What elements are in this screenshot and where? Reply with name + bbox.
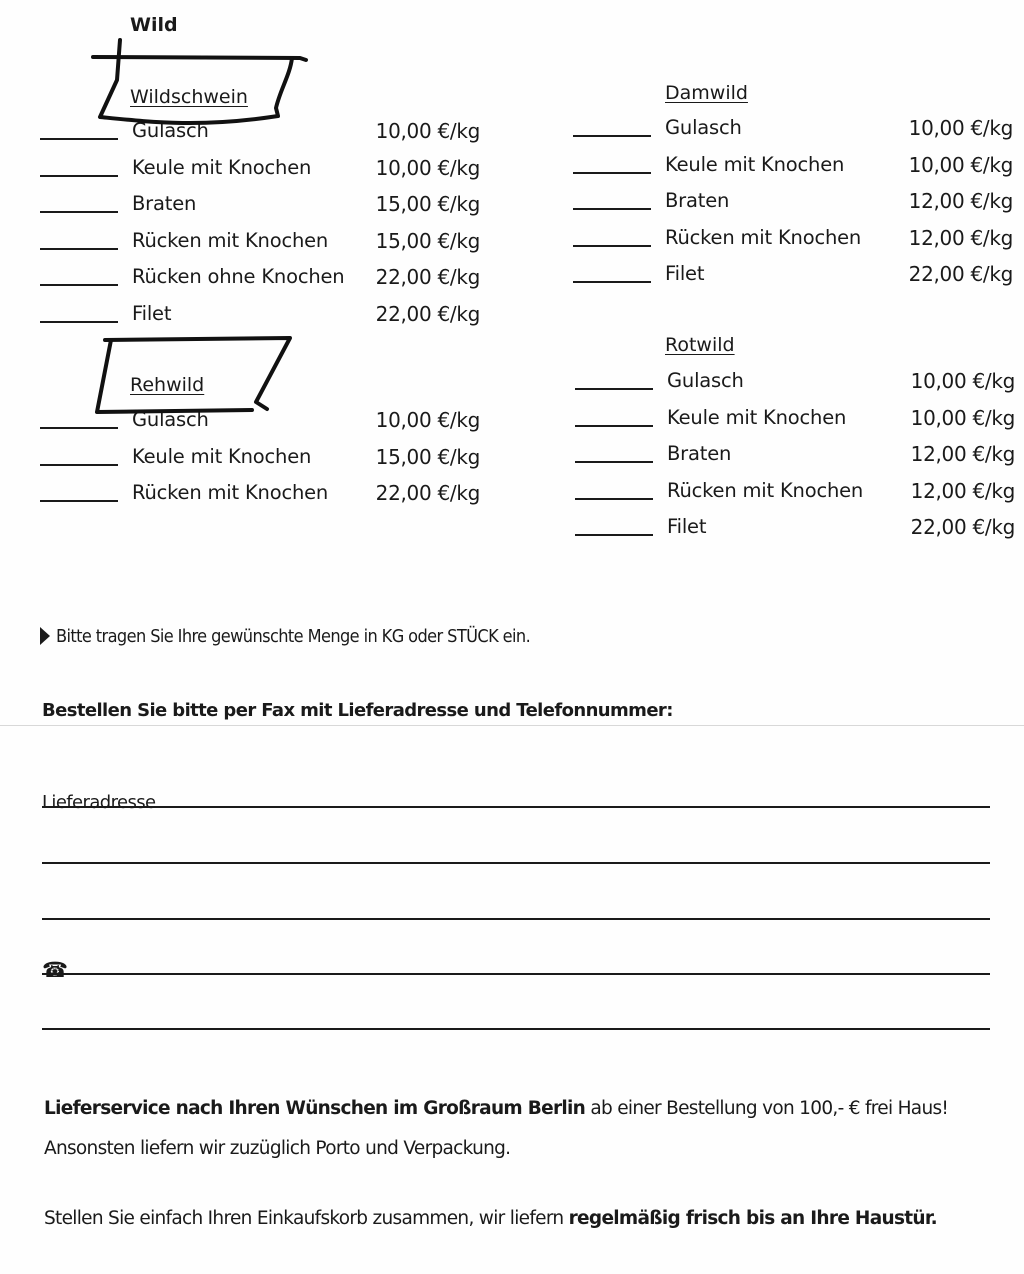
- item-row: Gulasch10,00 €/kg: [573, 114, 1013, 144]
- item-row: Filet22,00 €/kg: [575, 513, 1015, 543]
- section-title-rotwild: Rotwild: [665, 334, 735, 356]
- item-name: Filet: [132, 302, 171, 325]
- section-title-damwild: Damwild: [665, 82, 748, 104]
- item-name: Braten: [667, 442, 731, 465]
- triangle-bullet-icon: [40, 627, 50, 645]
- quantity-blank[interactable]: [573, 245, 651, 247]
- item-row: Rücken mit Knochen12,00 €/kg: [573, 224, 1013, 254]
- quantity-blank[interactable]: [573, 281, 651, 283]
- item-row: Rücken mit Knochen15,00 €/kg: [40, 227, 480, 257]
- quantity-blank[interactable]: [40, 138, 118, 140]
- quantity-blank[interactable]: [575, 388, 653, 390]
- item-price: 10,00 €/kg: [911, 406, 1015, 430]
- item-price: 22,00 €/kg: [909, 262, 1013, 286]
- item-price: 12,00 €/kg: [911, 442, 1015, 466]
- quantity-blank[interactable]: [573, 172, 651, 174]
- quantity-blank[interactable]: [40, 211, 118, 213]
- item-price: 15,00 €/kg: [376, 229, 480, 253]
- quantity-blank[interactable]: [575, 498, 653, 500]
- item-name: Keule mit Knochen: [132, 445, 311, 468]
- shipping-info: Ansonsten liefern wir zuzüglich Porto un…: [44, 1138, 510, 1159]
- item-name: Rücken mit Knochen: [665, 226, 861, 249]
- quantity-blank[interactable]: [573, 208, 651, 210]
- address-line-3[interactable]: [42, 918, 990, 920]
- instruction-note: Bitte tragen Sie Ihre gewünschte Menge i…: [40, 626, 530, 647]
- item-name: Rücken mit Knochen: [132, 481, 328, 504]
- item-row: Keule mit Knochen10,00 €/kg: [575, 404, 1015, 434]
- paper-fold-line: [0, 725, 1024, 726]
- item-price: 22,00 €/kg: [376, 302, 480, 326]
- quantity-blank[interactable]: [40, 321, 118, 323]
- quantity-blank[interactable]: [575, 461, 653, 463]
- quantity-blank[interactable]: [575, 425, 653, 427]
- item-price: 10,00 €/kg: [909, 116, 1013, 140]
- item-price: 12,00 €/kg: [909, 189, 1013, 213]
- item-row: Gulasch10,00 €/kg: [40, 117, 480, 147]
- quantity-blank[interactable]: [575, 534, 653, 536]
- item-name: Gulasch: [132, 408, 209, 431]
- item-name: Filet: [667, 515, 706, 538]
- item-row: Braten15,00 €/kg: [40, 190, 480, 220]
- address-line-1[interactable]: [42, 806, 990, 808]
- section-title-wildschwein: Wildschwein: [130, 86, 248, 108]
- item-row: Braten12,00 €/kg: [573, 187, 1013, 217]
- phone-line-2[interactable]: [42, 1028, 990, 1030]
- item-name: Gulasch: [132, 119, 209, 142]
- item-price: 12,00 €/kg: [909, 226, 1013, 250]
- address-line-2[interactable]: [42, 862, 990, 864]
- quantity-blank[interactable]: [40, 427, 118, 429]
- item-row: Gulasch10,00 €/kg: [40, 406, 480, 436]
- basket-info: Stellen Sie einfach Ihren Einkaufskorb z…: [44, 1208, 937, 1229]
- item-price: 10,00 €/kg: [376, 156, 480, 180]
- quantity-blank[interactable]: [40, 175, 118, 177]
- item-name: Rücken ohne Knochen: [132, 265, 344, 288]
- item-name: Rücken mit Knochen: [667, 479, 863, 502]
- quantity-blank[interactable]: [40, 464, 118, 466]
- item-name: Keule mit Knochen: [132, 156, 311, 179]
- quantity-blank[interactable]: [40, 500, 118, 502]
- item-price: 10,00 €/kg: [911, 369, 1015, 393]
- item-row: Braten12,00 €/kg: [575, 440, 1015, 470]
- item-row: Filet22,00 €/kg: [40, 300, 480, 330]
- item-name: Keule mit Knochen: [667, 406, 846, 429]
- item-name: Rücken mit Knochen: [132, 229, 328, 252]
- item-name: Braten: [132, 192, 196, 215]
- item-name: Filet: [665, 262, 704, 285]
- item-price: 22,00 €/kg: [376, 265, 480, 289]
- item-price: 10,00 €/kg: [376, 119, 480, 143]
- quantity-blank[interactable]: [40, 284, 118, 286]
- item-row: Rücken mit Knochen22,00 €/kg: [40, 479, 480, 509]
- item-name: Braten: [665, 189, 729, 212]
- item-price: 22,00 €/kg: [911, 515, 1015, 539]
- item-row: Rücken mit Knochen12,00 €/kg: [575, 477, 1015, 507]
- item-price: 10,00 €/kg: [909, 153, 1013, 177]
- item-price: 15,00 €/kg: [376, 192, 480, 216]
- order-heading: Bestellen Sie bitte per Fax mit Lieferad…: [42, 700, 673, 721]
- item-row: Rücken ohne Knochen22,00 €/kg: [40, 263, 480, 293]
- page-title: Wild: [130, 14, 178, 36]
- item-price: 12,00 €/kg: [911, 479, 1015, 503]
- item-name: Gulasch: [667, 369, 744, 392]
- item-price: 10,00 €/kg: [376, 408, 480, 432]
- section-title-rehwild: Rehwild: [130, 374, 204, 396]
- quantity-blank[interactable]: [573, 135, 651, 137]
- item-row: Keule mit Knochen15,00 €/kg: [40, 443, 480, 473]
- telephone-icon: ☎: [42, 960, 68, 981]
- item-name: Keule mit Knochen: [665, 153, 844, 176]
- item-price: 15,00 €/kg: [376, 445, 480, 469]
- item-row: Keule mit Knochen10,00 €/kg: [40, 154, 480, 184]
- item-name: Gulasch: [665, 116, 742, 139]
- item-row: Gulasch10,00 €/kg: [575, 367, 1015, 397]
- quantity-blank[interactable]: [40, 248, 118, 250]
- phone-line[interactable]: [42, 973, 990, 975]
- item-row: Keule mit Knochen10,00 €/kg: [573, 151, 1013, 181]
- item-price: 22,00 €/kg: [376, 481, 480, 505]
- address-label: Lieferadresse: [42, 792, 155, 813]
- item-row: Filet22,00 €/kg: [573, 260, 1013, 290]
- delivery-info: Lieferservice nach Ihren Wünschen im Gro…: [44, 1098, 948, 1119]
